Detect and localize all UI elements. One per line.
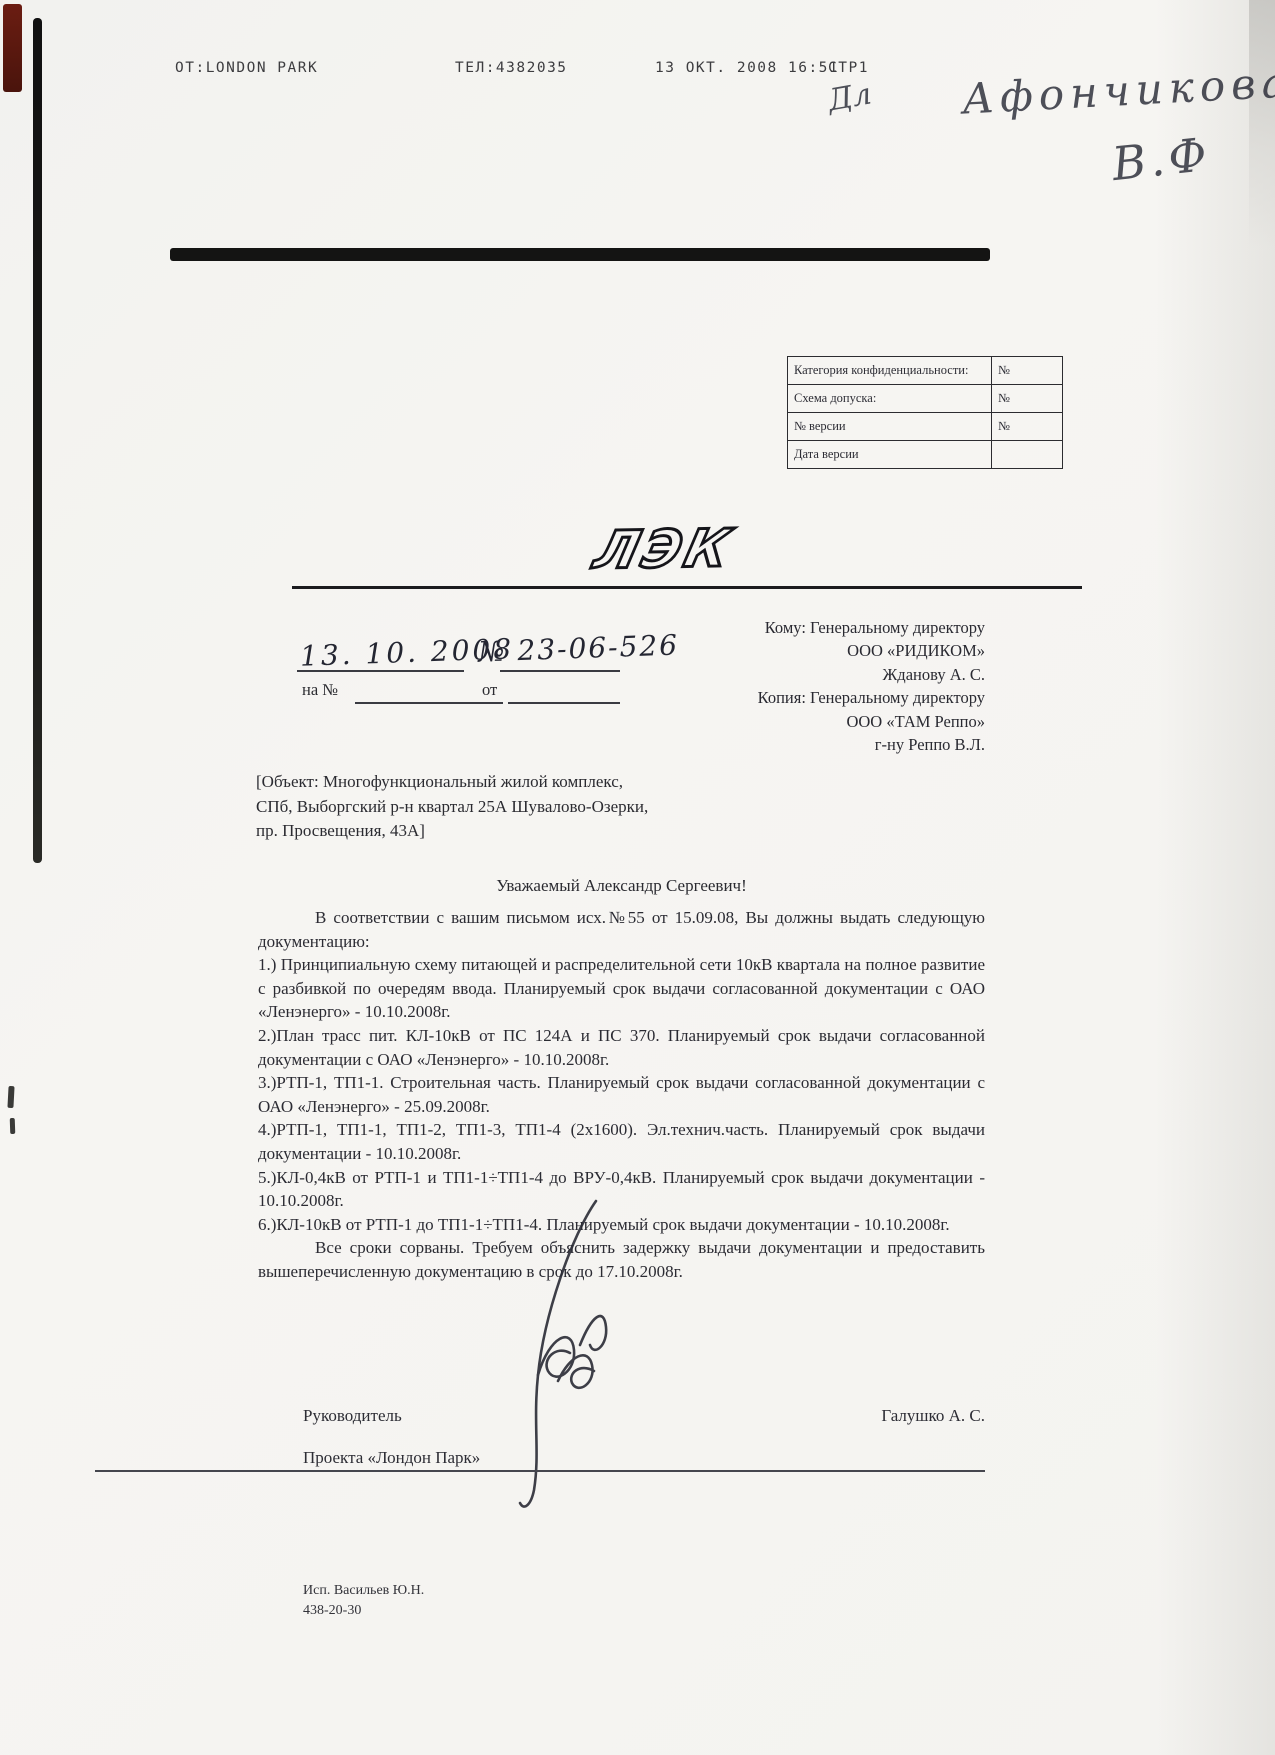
addressee-line: ООО «ТАМ Реппо» xyxy=(560,710,985,733)
addressee-line: Копия: Генеральному директору xyxy=(560,686,985,709)
date-underline xyxy=(297,670,464,672)
addressee-line: Жданову А. С. xyxy=(560,663,985,686)
addressee-line: г-ну Реппо В.Л. xyxy=(560,733,985,756)
list-item-4: 4.)РТП-1, ТП1-1, ТП1-2, ТП1-3, ТП1-4 (2х… xyxy=(258,1118,985,1165)
table-cell-label: Схема допуска: xyxy=(788,385,992,413)
scan-edge-shading xyxy=(1155,0,1275,1755)
scan-artifact-left-line xyxy=(33,18,42,863)
table-row: № версии № xyxy=(788,413,1063,441)
table-row: Категория конфиденциальности: № xyxy=(788,357,1063,385)
salutation: Уважаемый Александр Сергеевич! xyxy=(258,876,985,896)
scan-artifact-black-bar xyxy=(170,248,990,261)
fax-header-datetime: 13 ОКТ. 2008 16:51 xyxy=(655,60,839,76)
table-cell-label: Категория конфиденциальности: xyxy=(788,357,992,385)
table-cell-value: № xyxy=(992,357,1063,385)
signature-role-line2: Проекта «Лондон Парк» xyxy=(303,1448,480,1468)
company-logo: ЛЭК xyxy=(589,519,739,581)
table-cell-value: № xyxy=(992,413,1063,441)
list-item-3: 3.)РТП-1, ТП1-1. Строительная часть. Пла… xyxy=(258,1071,985,1118)
signature-line xyxy=(95,1470,985,1472)
scanned-letter-page: ОТ:LONDON PARK ТЕЛ:4382035 13 ОКТ. 2008 … xyxy=(0,0,1275,1755)
reply-number-line xyxy=(355,702,503,704)
list-item-2: 2.)План трасс пит. КЛ-10кВ от ПС 124А и … xyxy=(258,1024,985,1071)
scan-corner-shading xyxy=(1249,0,1275,250)
signature-role-line1: Руководитель xyxy=(303,1406,402,1426)
addressee-line: ООО «РИДИКОМ» xyxy=(560,639,985,662)
executor-phone: 438-20-30 xyxy=(303,1603,361,1619)
table-cell-label: Дата версии xyxy=(788,441,992,469)
table-row: Дата версии xyxy=(788,441,1063,469)
scan-artifact-dash xyxy=(10,1118,16,1134)
subject-line: СПб, Выборгский р-н квартал 25А Шувалово… xyxy=(256,795,648,820)
addressee-block: Кому: Генеральному директору ООО «РИДИКО… xyxy=(560,616,985,756)
confidentiality-table: Категория конфиденциальности: № Схема до… xyxy=(787,356,1063,469)
scan-artifact-red-mark xyxy=(3,4,22,92)
handwritten-initials: В.Ф xyxy=(1109,127,1213,191)
subject-line: [Объект: Многофункциональный жилой компл… xyxy=(256,770,648,795)
table-cell-label: № версии xyxy=(788,413,992,441)
table-cell-value: № xyxy=(992,385,1063,413)
addressee-line: Кому: Генеральному директору xyxy=(560,616,985,639)
scan-artifact-dash xyxy=(7,1086,14,1108)
table-row: Схема допуска: № xyxy=(788,385,1063,413)
reply-from-label: от xyxy=(482,680,497,700)
letterhead-rule xyxy=(292,586,1082,589)
signatory-name: Галушко А. С. xyxy=(855,1406,985,1426)
subject-line: пр. Просвещения, 43А] xyxy=(256,819,648,844)
fax-header-page: СТР1 xyxy=(828,60,869,76)
fax-header-from: ОТ:LONDON PARK xyxy=(175,60,318,76)
table-cell-value xyxy=(992,441,1063,469)
list-item-1: 1.) Принципиальную схему питающей и расп… xyxy=(258,953,985,1024)
body-intro-paragraph: В соответствии с вашим письмом исх.№55 о… xyxy=(258,906,985,953)
executor-name: Исп. Васильев Ю.Н. xyxy=(303,1583,424,1599)
handwritten-word: Дл xyxy=(825,76,874,118)
reply-number-label: на № xyxy=(302,680,338,700)
subject-block: [Объект: Многофункциональный жилой компл… xyxy=(256,770,648,844)
signature-scribble xyxy=(500,1195,640,1515)
fax-header-tel: ТЕЛ:4382035 xyxy=(455,60,568,76)
